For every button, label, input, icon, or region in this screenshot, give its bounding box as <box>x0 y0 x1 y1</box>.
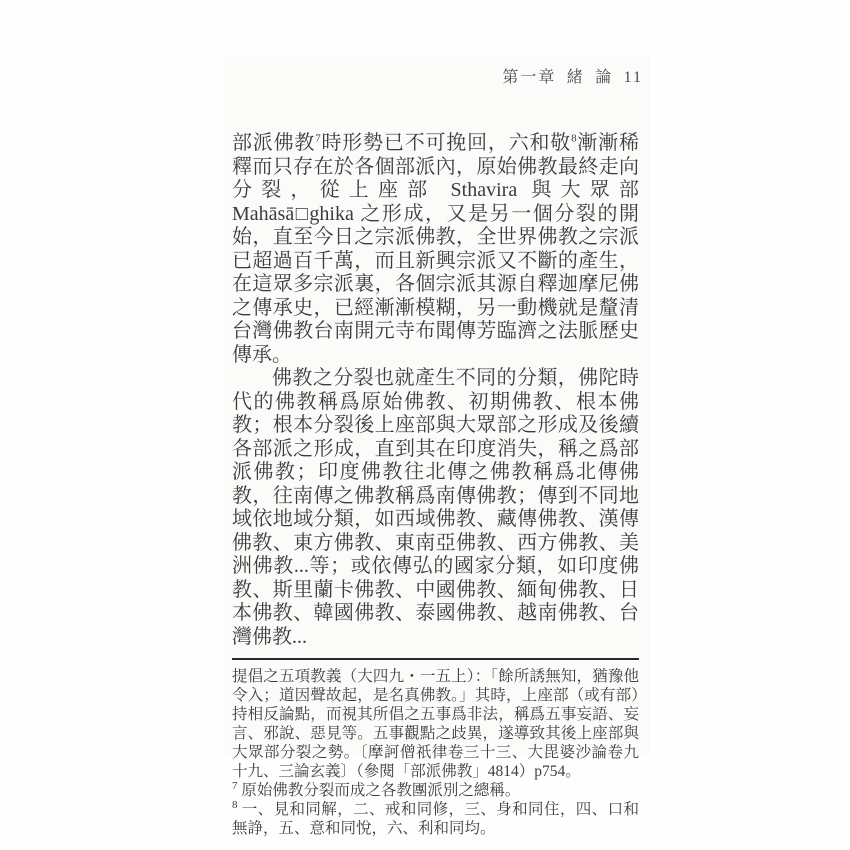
page-number: 11 <box>624 69 643 86</box>
section-title-char-2: 論 <box>595 69 613 86</box>
footnote-divider <box>232 658 639 660</box>
body-paragraph-1: 部派佛教7時形勢已不可挽回，六和敬8漸漸稀釋而只存在於各個部派內，原始佛教最終走… <box>232 132 639 367</box>
footnote-8: 8 一、見和同解，二、戒和同修，三、身和同住，四、口和無諍，五、意和同悅，六、利… <box>232 800 639 838</box>
footnote-7: 7 原始佛教分裂而成之各教團派別之總稱。 <box>232 781 639 800</box>
text-block: 部派佛教7時形勢已不可挽回，六和敬8漸漸稀釋而只存在於各個部派內，原始佛教最終走… <box>232 132 639 838</box>
footnote-continuation: 提倡之五項教義（大四九・一五上）：「餘所誘無知，猶豫他令入；道因聲故起，是名真佛… <box>232 667 639 781</box>
body-paragraph-2: 佛教之分裂也就產生不同的分類，佛陀時代的佛教稱爲原始佛教、初期佛教、根本佛教；根… <box>232 367 639 649</box>
footnotes-section: 提倡之五項教義（大四九・一五上）：「餘所誘無知，猶豫他令入；道因聲故起，是名真佛… <box>232 667 639 838</box>
chapter-label: 第一章 <box>502 69 556 86</box>
running-header: 第一章緒論11 <box>232 64 643 87</box>
section-title-char-1: 緒 <box>567 69 585 86</box>
book-page: 第一章緒論11 部派佛教7時形勢已不可挽回，六和敬8漸漸稀釋而只存在於各個部派內… <box>0 0 850 850</box>
